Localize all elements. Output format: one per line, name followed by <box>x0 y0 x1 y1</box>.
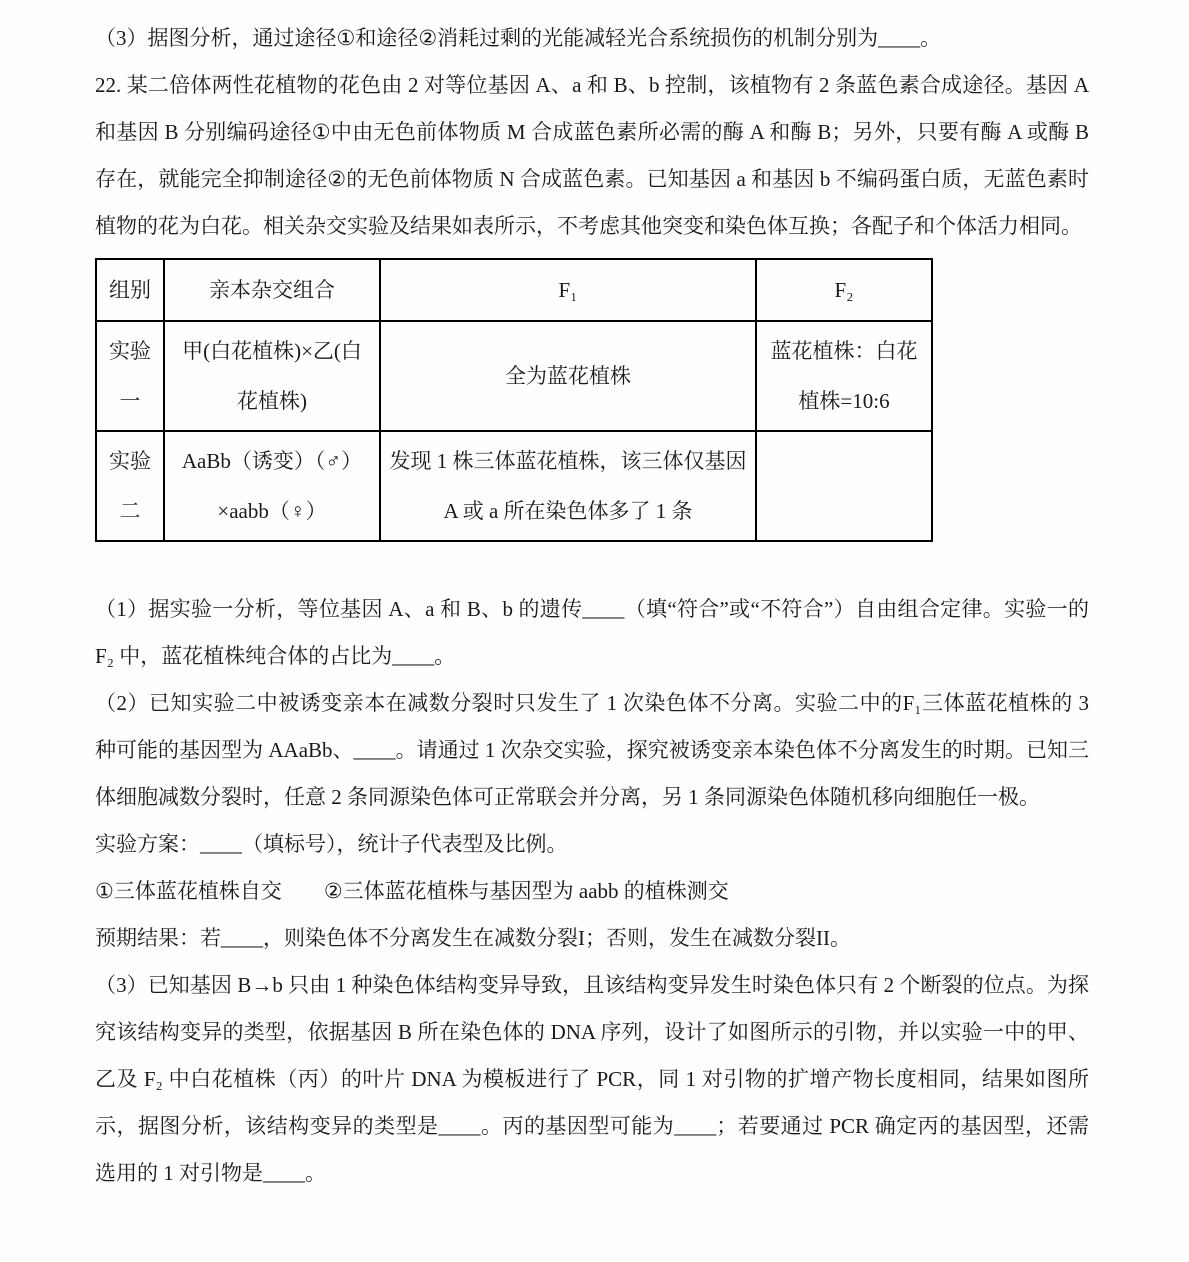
sub-question-1: （1）据实验一分析，等位基因 A、a 和 B、b 的遗传____（填“符合”或“… <box>95 586 1089 680</box>
cell-line: 实验 <box>101 436 159 486</box>
cell-line: 二 <box>101 486 159 536</box>
cell-f2-1: 蓝花植株：白花 植株=10:6 <box>756 321 932 431</box>
expected-result-line: 预期结果：若____，则染色体不分离发生在减数分裂I；否则，发生在减数分裂II。 <box>95 915 1089 962</box>
cell-line: 甲(白花植株)×乙(白 <box>169 326 375 376</box>
cell-f2-2 <box>756 431 932 541</box>
cell-line: 全为蓝花植株 <box>385 351 751 401</box>
cell-line: 植株=10:6 <box>761 376 927 426</box>
cell-line: 发现 1 株三体蓝花植株，该三体仅基因 <box>385 436 751 486</box>
experiment-plan-line: 实验方案：____（填标号），统计子代表型及比例。 <box>95 821 1089 868</box>
table-header-row: 组别 亲本杂交组合 F₁ F₂ <box>96 259 932 321</box>
cell-group-2: 实验 二 <box>96 431 164 541</box>
table-row-experiment-2: 实验 二 AaBb（诱变）（♂） ×aabb（♀） 发现 1 株三体蓝花植株，该… <box>96 431 932 541</box>
cell-line: ×aabb（♀） <box>169 486 375 536</box>
cell-line: AaBb（诱变）（♂） <box>169 436 375 486</box>
cell-line: 一 <box>101 376 159 426</box>
exam-page: （3）据图分析，通过途径①和途径②消耗过剩的光能减轻光合系统损伤的机制分别为__… <box>0 0 1189 1262</box>
header-f1: F₁ <box>380 259 756 321</box>
prev-question-part3: （3）据图分析，通过途径①和途径②消耗过剩的光能减轻光合系统损伤的机制分别为__… <box>95 15 1089 62</box>
sub-question-2: （2）已知实验二中被诱变亲本在减数分裂时只发生了 1 次染色体不分离。实验二中的… <box>95 680 1089 821</box>
cell-line: 实验 <box>101 326 159 376</box>
table-row-experiment-1: 实验 一 甲(白花植株)×乙(白 花植株) 全为蓝花植株 蓝花植株：白花 植株=… <box>96 321 932 431</box>
cell-line: A 或 a 所在染色体多了 1 条 <box>385 486 751 536</box>
cell-f1-1: 全为蓝花植株 <box>380 321 756 431</box>
experiment-results-table: 组别 亲本杂交组合 F₁ F₂ 实验 一 甲(白花植株)×乙(白 花植株) 全为… <box>95 258 933 542</box>
sub-question-3: （3）已知基因 B→b 只由 1 种染色体结构变异导致，且该结构变异发生时染色体… <box>95 962 1089 1197</box>
plan-option-choices-line: ①三体蓝花植株自交 ②三体蓝花植株与基因型为 aabb 的植株测交 <box>95 868 1089 915</box>
cell-group-1: 实验 一 <box>96 321 164 431</box>
header-group: 组别 <box>96 259 164 321</box>
cell-line: 蓝花植株：白花 <box>761 326 927 376</box>
cell-f1-2: 发现 1 株三体蓝花植株，该三体仅基因 A 或 a 所在染色体多了 1 条 <box>380 431 756 541</box>
question-22-stem: 22. 某二倍体两性花植物的花色由 2 对等位基因 A、a 和 B、b 控制，该… <box>95 62 1089 250</box>
cell-line: 花植株) <box>169 376 375 426</box>
header-f2: F₂ <box>756 259 932 321</box>
cell-parents-2: AaBb（诱变）（♂） ×aabb（♀） <box>164 431 380 541</box>
header-parent-cross: 亲本杂交组合 <box>164 259 380 321</box>
cell-parents-1: 甲(白花植株)×乙(白 花植株) <box>164 321 380 431</box>
